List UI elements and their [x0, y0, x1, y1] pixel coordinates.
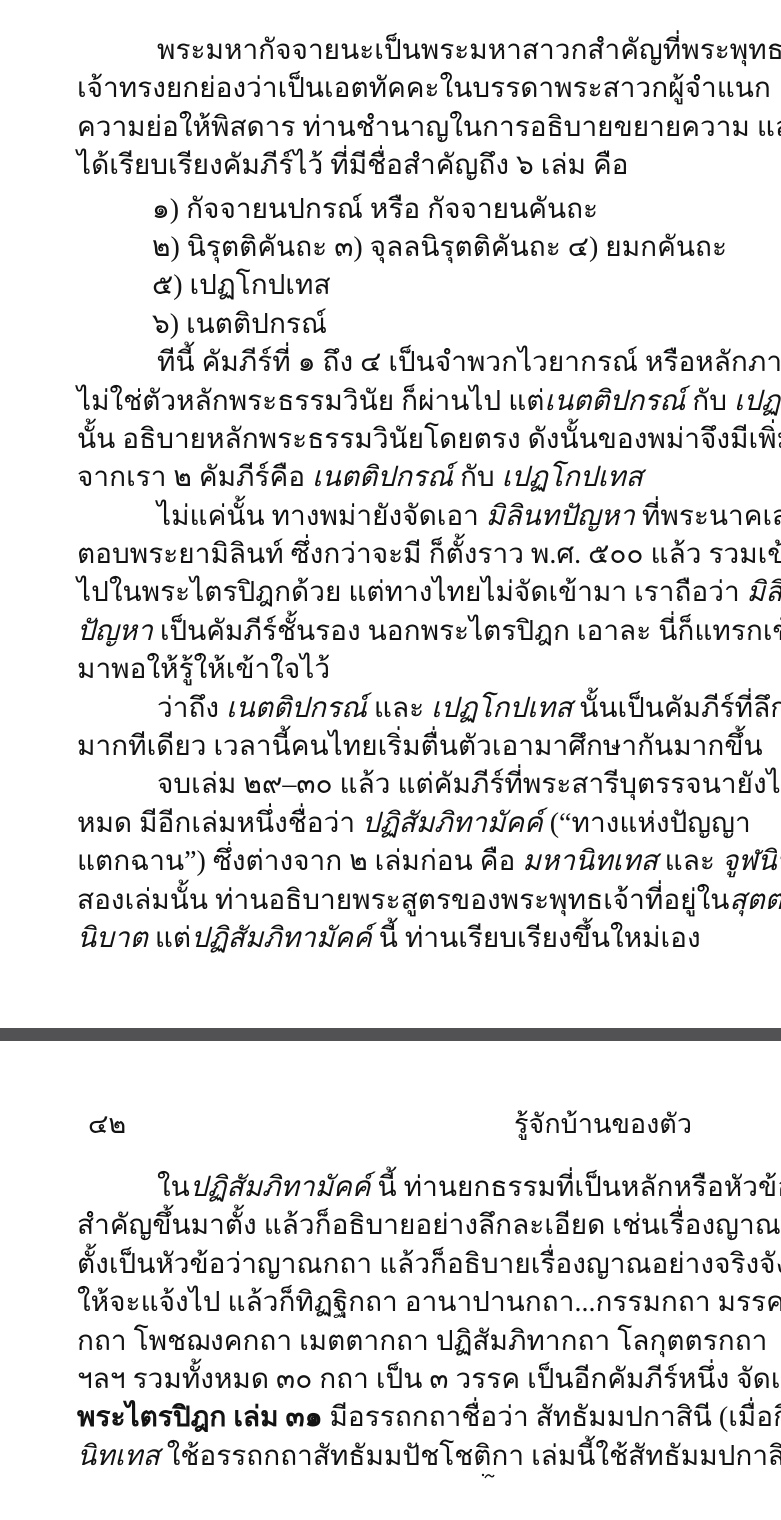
page-number: ๔๒ [88, 1104, 126, 1144]
text-run: เจ้าทรงยกย่องว่าเป็นเอตทัคคะในบรรดาพระสา… [77, 73, 771, 104]
text-run: กับ [453, 462, 502, 493]
text-line: ในปฏิสัมภิทามัคค์ นี้ ท่านยกธรรมที่เป็นห… [77, 1169, 704, 1207]
text-run: หมด มีอีกเล่มหนึ่งชื่อว่า [77, 808, 362, 839]
bold-run: พระไตรปิฎก เล่ม ๓๑ [77, 1402, 322, 1433]
text-run: พระมหากัจจายนะเป็นพระมหาสาวกสำคัญที่พระพ… [157, 35, 781, 66]
text-run: ตั้งเป็นหัวข้อว่าญาณกถา แล้วก็อธิบายเรื่… [77, 1249, 781, 1280]
paragraph: ไม่แค่นั้น ทางพม่ายังจัดเอา มิลินทปัญหา … [77, 498, 704, 690]
text-run: จบเล่ม ๒๙–๓๐ แล้ว แต่คัมภีร์ที่พระสารีบุ… [157, 769, 781, 800]
text-line: จบเล่ม ๒๙–๓๐ แล้ว แต่คัมภีร์ที่พระสารีบุ… [77, 766, 704, 804]
book-list: ๑) กัจจายนปกรณ์ หรือ กัจจายนคันถะ๒) นิรุ… [77, 191, 704, 345]
text-run: และ [658, 846, 722, 877]
italic-run: จูฬนิทเทส [722, 846, 781, 877]
italic-run: สุตต [729, 885, 781, 916]
text-run: และ [367, 693, 431, 724]
text-run: ไม่ใช่ตัวหลักพระธรรมวินัย ก็ผ่านไป แต่ [77, 386, 544, 417]
text-run: มากทีเดียว เวลานี้คนไทยเริ่มตื่นตัวเอามา… [77, 731, 763, 762]
page-ending-text: พระมหากัจจายนะเป็นพระมหาสาวกสำคัญที่พระพ… [77, 32, 704, 958]
text-line: ๒) นิรุตติคันถะ ๓) จุลลนิรุตติคันถะ ๔) ย… [77, 229, 704, 267]
text-run: ได้เรียบเรียงคัมภีร์ไว้ ที่มีชื่อสำคัญถึ… [77, 150, 629, 181]
italic-run: เปฏโกปเทส [431, 693, 572, 724]
text-run: สองเล่มนั้น ท่านอธิบายพระสูตรของพระพุทธเ… [77, 885, 729, 916]
italic-run: ปฏิสัมภิทามัคค์ [190, 1172, 371, 1203]
text-run: แตกฉาน”) ซึ่งต่างจาก ๒ เล่มก่อน คือ [77, 846, 522, 877]
text-line: ๖) เนตติปกรณ์ [77, 306, 704, 344]
running-title: รู้จักบ้านของตัว [514, 1104, 692, 1144]
text-run: ๕) เปฏโกปเทส [152, 270, 331, 301]
italic-run: ปัญหา [77, 616, 153, 647]
text-run: เป็นคัมภีร์ชั้นรอง นอกพระไตรปิฎก เอาละ น… [153, 616, 781, 647]
text-run: ที่พระนาคเสน [635, 501, 781, 532]
text-line: ฯลฯ รวมทั้งหมด ๓๐ กถา เป็น ๓ วรรค เป็นอี… [77, 1361, 704, 1399]
text-run: กถา โพชฌงคกถา เมตตากถา ปฏิสัมภิทากถา โลก… [77, 1326, 767, 1357]
text-run: ๒) นิรุตติคันถะ ๓) จุลลนิรุตติคันถะ ๔) ย… [152, 232, 727, 263]
text-run: ใช้อรรถกถาสัทธัมมปัชโชติกา เล่มนี้ใช้สัท… [160, 1441, 781, 1472]
text-line: มากทีเดียว เวลานี้คนไทยเริ่มตื่นตัวเอามา… [77, 728, 704, 766]
text-line: กถา โพชฌงคกถา เมตตากถา ปฏิสัมภิทากถา โลก… [77, 1323, 704, 1361]
text-line: นิบาต แต่ปฏิสัมภิทามัคค์ นี้ ท่านเรียบเร… [77, 920, 704, 958]
text-run: ไม่แค่นั้น ทางพม่ายังจัดเอา [157, 501, 486, 532]
text-line: มาพอให้รู้ให้เข้าใจไว้ [77, 651, 704, 689]
text-line: ตั้งเป็นหัวข้อว่าญาณกถา แล้วก็อธิบายเรื่… [77, 1246, 704, 1284]
truncated-line-diacritics-icon [481, 1471, 495, 1481]
italic-run: มิลินท [747, 577, 781, 608]
italic-run: ปฏิสัมภิทามัคค์ [191, 923, 372, 954]
text-run: นี้ ท่านยกธรรมที่เป็นหลักหรือหัวข้อ [371, 1172, 781, 1203]
text-run: จากเรา ๒ คัมภีร์คือ [77, 462, 312, 493]
italic-run: เปฏโกปเทส [502, 462, 643, 493]
text-run: ๑) กัจจายนปกรณ์ หรือ กัจจายนคันถะ [152, 194, 598, 225]
text-line: จากเรา ๒ คัมภีร์คือ เนตติปกรณ์ กับ เปฏโก… [77, 459, 704, 497]
text-line: ตอบพระยามิลินท์ ซึ่งกว่าจะมี ก็ตั้งราว พ… [77, 536, 704, 574]
text-line: ปัญหา เป็นคัมภีร์ชั้นรอง นอกพระไตรปิฎก เ… [77, 613, 704, 651]
italic-run: เนตติปกรณ์ [312, 462, 453, 493]
paragraph: ว่าถึง เนตติปกรณ์ และ เปฏโกปเทส นั้นเป็น… [77, 690, 704, 767]
text-run: ๖) เนตติปกรณ์ [152, 309, 327, 340]
text-run: ฯลฯ รวมทั้งหมด ๓๐ กถา เป็น ๓ วรรค เป็นอี… [77, 1364, 781, 1395]
paragraph: ทีนี้ คัมภีร์ที่ ๑ ถึง ๔ เป็นจำพวกไวยากร… [77, 344, 704, 498]
text-line: เจ้าทรงยกย่องว่าเป็นเอตทัคคะในบรรดาพระสา… [77, 70, 704, 108]
page-start-text: ในปฏิสัมภิทามัคค์ นี้ ท่านยกธรรมที่เป็นห… [77, 1169, 704, 1476]
text-line: สำคัญขึ้นมาตั้ง แล้วก็อธิบายอย่างลึกละเอ… [77, 1207, 704, 1245]
text-run: นั้น อธิบายหลักพระธรรมวินัยโดยตรง ดังนั้… [77, 424, 781, 455]
text-run: ไปในพระไตรปิฎกด้วย แต่ทางไทยไม่จัดเข้ามา… [77, 577, 747, 608]
text-line: ไม่แค่นั้น ทางพม่ายังจัดเอา มิลินทปัญหา … [77, 498, 704, 536]
text-line: ๕) เปฏโกปเทส [77, 267, 704, 305]
text-line: ไม่ใช่ตัวหลักพระธรรมวินัย ก็ผ่านไป แต่เน… [77, 383, 704, 421]
text-run: แต่ [148, 923, 191, 954]
text-run: ใน [157, 1172, 190, 1203]
text-line: ๑) กัจจายนปกรณ์ หรือ กัจจายนคันถะ [77, 191, 704, 229]
text-line: พระไตรปิฎก เล่ม ๓๑ มีอรรถกถาชื่อว่า สัทธ… [77, 1399, 704, 1437]
text-run: (“ทางแห่งปัญญา [543, 808, 751, 839]
italic-run: มิลินทปัญหา [486, 501, 635, 532]
italic-run: เนตติปกรณ์ [226, 693, 367, 724]
text-run: ให้จะแจ้งไป แล้วก็ทิฏฐิกถา อานาปานกถา...… [77, 1287, 781, 1318]
text-line: แตกฉาน”) ซึ่งต่างจาก ๒ เล่มก่อน คือ มหาน… [77, 843, 704, 881]
text-line: ได้เรียบเรียงคัมภีร์ไว้ ที่มีชื่อสำคัญถึ… [77, 147, 704, 185]
text-run: ความย่อให้พิสดาร ท่านชำนาญในการอธิบายขยา… [77, 112, 781, 143]
italic-run: นิทเทส [77, 1441, 160, 1472]
text-run: สำคัญขึ้นมาตั้ง แล้วก็อธิบายอย่างลึกละเอ… [77, 1210, 781, 1241]
text-line: นั้น อธิบายหลักพระธรรมวินัยโดยตรง ดังนั้… [77, 421, 704, 459]
text-line: ให้จะแจ้งไป แล้วก็ทิฏฐิกถา อานาปานกถา...… [77, 1284, 704, 1322]
paragraph: พระมหากัจจายนะเป็นพระมหาสาวกสำคัญที่พระพ… [77, 32, 704, 186]
text-run: กับ [685, 386, 734, 417]
text-line: นิทเทส ใช้อรรถกถาสัทธัมมปัชโชติกา เล่มนี… [77, 1438, 704, 1476]
text-line: ความย่อให้พิสดาร ท่านชำนาญในการอธิบายขยา… [77, 109, 704, 147]
text-run: ตอบพระยามิลินท์ ซึ่งกว่าจะมี ก็ตั้งราว พ… [77, 539, 781, 570]
italic-run: เนตติปกรณ์ [544, 386, 685, 417]
paragraph: ในปฏิสัมภิทามัคค์ นี้ ท่านยกธรรมที่เป็นห… [77, 1169, 704, 1476]
text-run: นี้ ท่านเรียบเรียงขึ้นใหม่เอง [372, 923, 701, 954]
italic-run: เปฏโกปเทส [734, 386, 781, 417]
text-run: นั้นเป็นคัมภีร์ที่ลึกซึ้ง [572, 693, 781, 724]
page-separator-bar [0, 1028, 781, 1041]
text-run: มาพอให้รู้ให้เข้าใจไว้ [77, 654, 330, 685]
text-run: มีอรรถกถาชื่อว่า สัทธัมมปกาสินี (เมื่อกี… [322, 1402, 781, 1433]
text-line: ว่าถึง เนตติปกรณ์ และ เปฏโกปเทส นั้นเป็น… [77, 690, 704, 728]
book-spread: { "document": { "background": "#ffffff",… [0, 0, 781, 1520]
text-line: ไปในพระไตรปิฎกด้วย แต่ทางไทยไม่จัดเข้ามา… [77, 574, 704, 612]
page-header: ๔๒ รู้จักบ้านของตัว [77, 1104, 704, 1144]
text-line: หมด มีอีกเล่มหนึ่งชื่อว่า ปฏิสัมภิทามัคค… [77, 805, 704, 843]
text-run: ทีนี้ คัมภีร์ที่ ๑ ถึง ๔ เป็นจำพวกไวยากร… [157, 347, 781, 378]
paragraph: จบเล่ม ๒๙–๓๐ แล้ว แต่คัมภีร์ที่พระสารีบุ… [77, 766, 704, 958]
text-line: ทีนี้ คัมภีร์ที่ ๑ ถึง ๔ เป็นจำพวกไวยากร… [77, 344, 704, 382]
text-line: สองเล่มนั้น ท่านอธิบายพระสูตรของพระพุทธเ… [77, 882, 704, 920]
text-line: พระมหากัจจายนะเป็นพระมหาสาวกสำคัญที่พระพ… [77, 32, 704, 70]
italic-run: มหานิทเทส [522, 846, 657, 877]
text-run: ว่าถึง [157, 693, 226, 724]
italic-run: นิบาต [77, 923, 148, 954]
italic-run: ปฏิสัมภิทามัคค์ [362, 808, 543, 839]
